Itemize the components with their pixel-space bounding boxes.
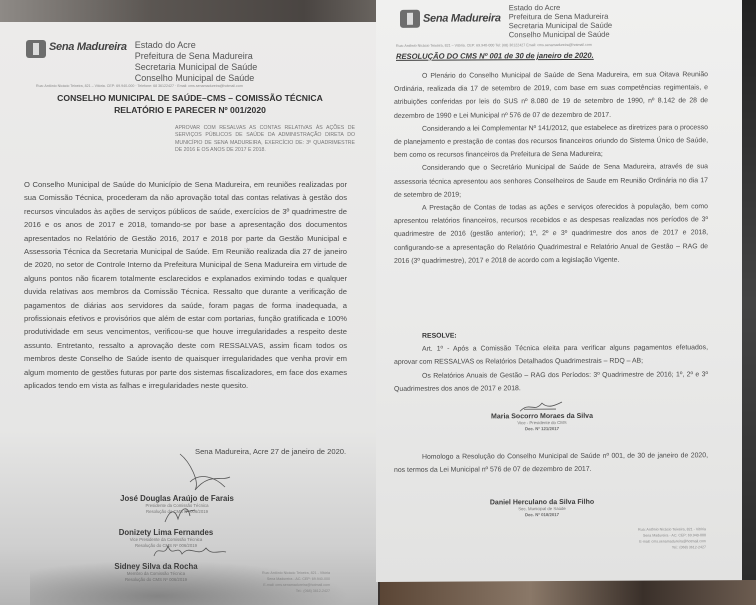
signatory-secretary: Daniel Herculano da Silva Filho Sec. Mun…	[462, 499, 622, 519]
report-body: O Conselho Municipal de Saúde do Municíp…	[24, 178, 347, 393]
signature-3	[150, 540, 230, 562]
signature-2	[160, 504, 200, 526]
signatory-decree: Dec. Nº 018/2017	[462, 512, 622, 519]
footer-address: Rua: Antônio Nicácio Teixeira, 821 - Vit…	[596, 526, 706, 551]
signatory-vice-president: Maria Socorro Moraes da Silva Vice - Pre…	[462, 413, 622, 433]
background-top	[0, 0, 380, 24]
signatory-name: Donizety Lima Fernandes	[86, 528, 246, 537]
municipal-logo: Sena Madureira	[26, 40, 127, 58]
right-document-page: Sena Madureira Estado do Acre Prefeitura…	[376, 0, 742, 582]
signatory-name: José Douglas Araújo de Farais	[97, 494, 257, 503]
homologation: Homologo a Resolução do Conselho Municip…	[394, 449, 708, 477]
municipal-logo: Sena Madureira	[400, 9, 501, 28]
report-summary: Aprovar com resalvas as contas relativas…	[175, 125, 355, 155]
article-1-continuation: Os Relatórios Anuais de Gestão – RAG dos…	[394, 368, 708, 396]
letterhead-council: Conselho Municipal de Saúde	[509, 30, 612, 40]
title-line-1: CONSELHO MUNICIPAL DE SAÚDE–CMS – COMISS…	[20, 92, 360, 104]
report-body-text: O Conselho Municipal de Saúde do Municíp…	[24, 180, 347, 390]
resolution-body: O Plenário do Conselho Municipal de Saúd…	[394, 68, 708, 268]
report-title: CONSELHO MUNICIPAL DE SAÚDE–CMS – COMISS…	[20, 92, 360, 116]
letterhead-state: Estado do Acre	[135, 40, 258, 51]
resolution-title: RESOLUÇÃO DO CMS Nº 001 de 30 de janeiro…	[396, 51, 594, 61]
letterhead-secretariat: Secretaria Municipal de Saúde	[135, 62, 258, 73]
article-1: Art. 1º - Após a Comissão Técnica eleita…	[394, 341, 708, 369]
signature-1	[170, 452, 240, 492]
left-document-page: Sena Madureira Estado do Acre Prefeitura…	[0, 22, 378, 605]
paragraph-complementary-law: Considerando a lei Complementar Nº 141/2…	[394, 121, 708, 162]
logo-subtitle	[49, 53, 127, 57]
letterhead: Sena Madureira Estado do Acre Prefeitura…	[400, 3, 612, 40]
logo-text: Sena Madureira	[423, 12, 501, 24]
background-floor	[380, 580, 756, 605]
letterhead-lines: Estado do Acre Prefeitura de Sena Madure…	[509, 3, 612, 40]
resolution-decision: RESOLVE: Art. 1º - Após a Comissão Técni…	[394, 328, 708, 396]
logo-text: Sena Madureira	[49, 41, 127, 53]
homologation-text: Homologo a Resolução do Conselho Municip…	[394, 449, 708, 477]
footer-line: Tel.: (068) 3612-2427	[596, 544, 706, 551]
background-right	[740, 0, 756, 605]
shadow	[30, 560, 350, 605]
signatory-decree: Dec. Nº 121/2017	[462, 426, 622, 433]
letterhead: Sena Madureira Estado do Acre Prefeitura…	[26, 40, 257, 84]
municipal-emblem-icon	[26, 40, 46, 58]
letterhead-prefecture: Prefeitura de Sena Madureira	[135, 51, 258, 62]
signature-4	[516, 399, 566, 413]
paragraph-plenary: O Plenário do Conselho Municipal de Saúd…	[394, 68, 708, 122]
paragraph-accountability: A Prestação de Contas de todas as ações …	[394, 200, 708, 268]
title-line-2: RELATÓRIO E PARECER Nº 001/2020	[20, 104, 360, 116]
paragraph-secretary: Considerando que o Secretário Municipal …	[394, 161, 708, 202]
letterhead-address: Rua: Antônio Nicácio Teixeira, 821 – Vit…	[36, 84, 243, 88]
letterhead-council: Conselho Municipal de Saúde	[135, 73, 258, 84]
municipal-emblem-icon	[400, 10, 420, 28]
letterhead-address: Rua: Antônio Nicácio Teixeira, 821 – Vit…	[396, 43, 592, 48]
letterhead-lines: Estado do Acre Prefeitura de Sena Madure…	[135, 40, 258, 84]
